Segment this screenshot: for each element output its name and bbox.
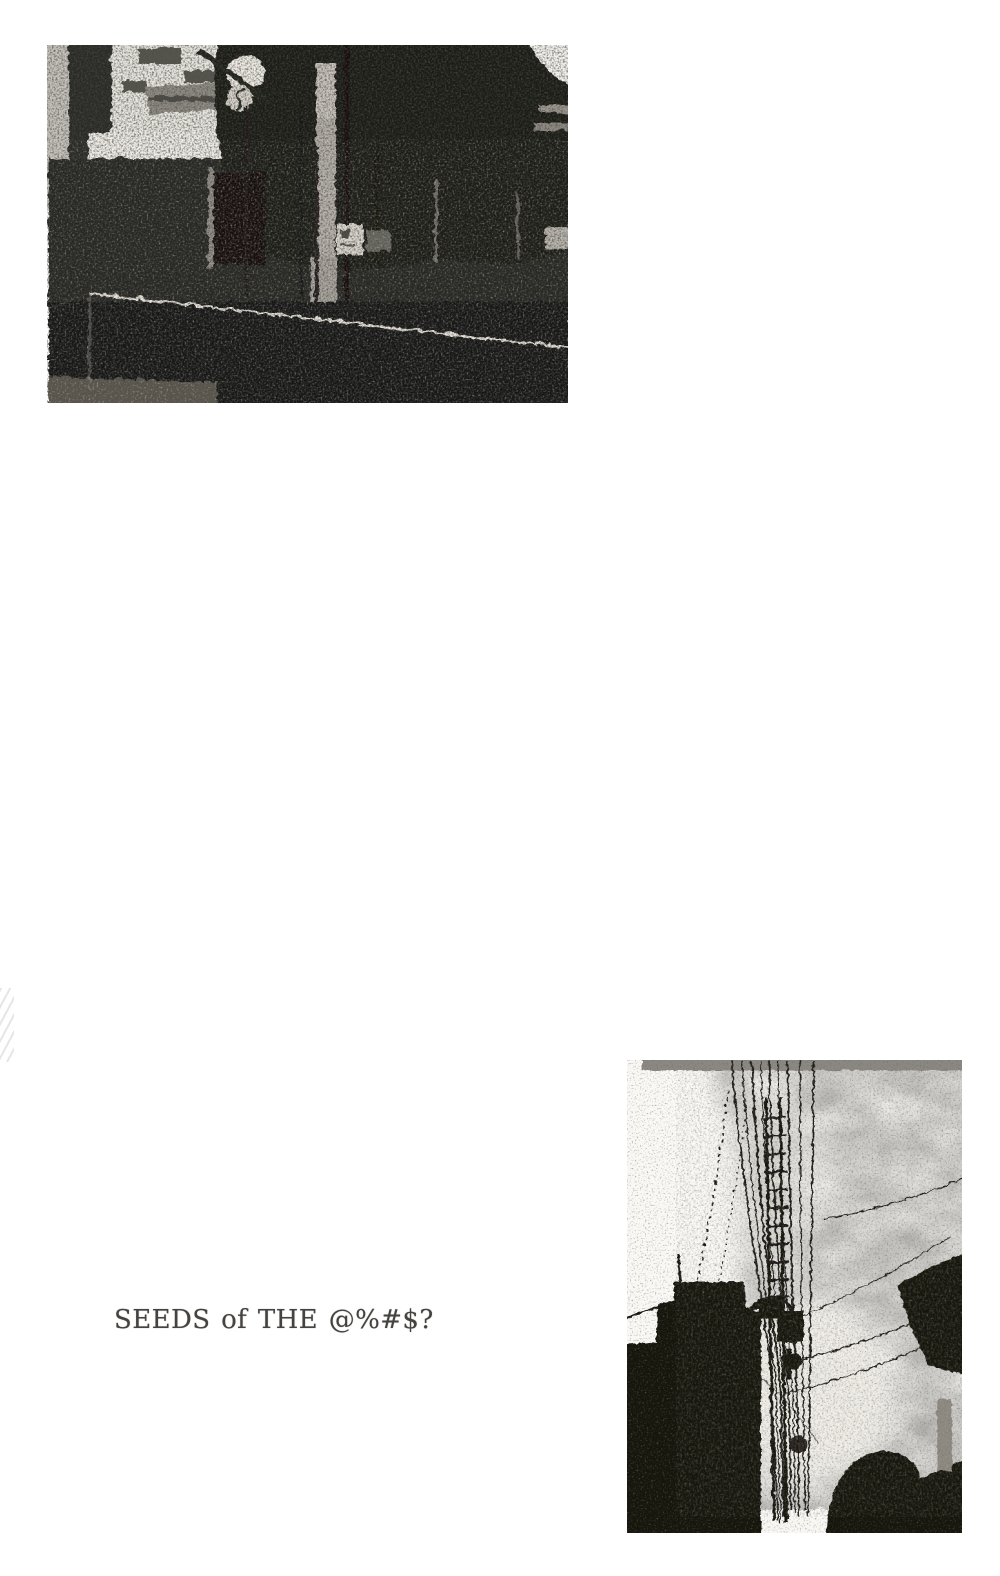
street-photo-art xyxy=(47,45,568,403)
photo-street-corner xyxy=(47,45,568,403)
halftone-grain-light xyxy=(47,145,568,403)
scan-artifact xyxy=(0,988,14,1062)
halftone-grain-light xyxy=(627,1270,962,1533)
caption: SEEDS of THE @%#$? xyxy=(114,1307,434,1333)
scanned-page: SEEDS of THE @%#$? xyxy=(0,0,1000,1576)
photo-power-lines xyxy=(627,1060,962,1533)
power-lines-photo-art xyxy=(627,1060,962,1533)
